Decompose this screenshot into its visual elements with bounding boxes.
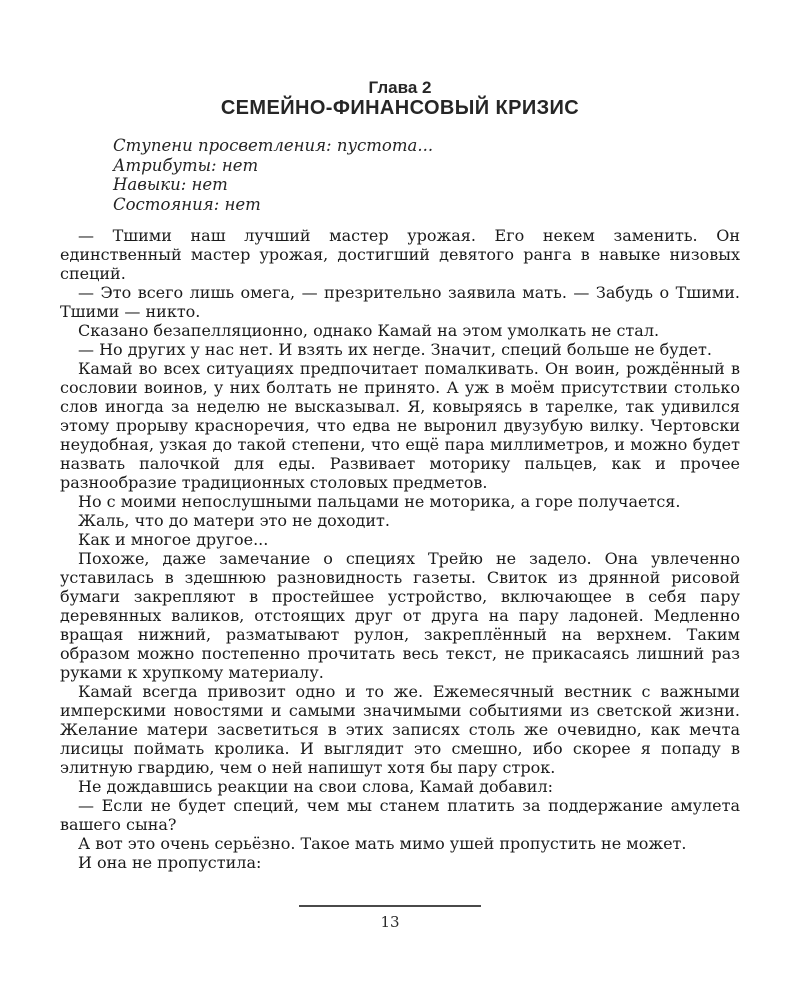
paragraph: — Если не будет специй, чем мы станем пл… [60, 796, 740, 834]
paragraph: Не дождавшись реакции на свои слова, Кам… [60, 777, 740, 796]
page-footer: 13 [0, 905, 780, 931]
paragraph: — Но других у нас нет. И взять их негде.… [60, 340, 740, 359]
book-page: Глава 2 СЕМЕЙНО-ФИНАНСОВЫЙ КРИЗИС Ступен… [0, 0, 800, 1000]
body-text: — Тшими наш лучший мастер урожая. Его не… [60, 226, 740, 872]
status-line-attributes: Атрибуты: нет [113, 156, 433, 176]
status-line-enlightenment: Ступени просветления: пустота... [113, 136, 433, 156]
chapter-title: СЕМЕЙНО-ФИНАНСОВЫЙ КРИЗИС [0, 98, 800, 119]
paragraph: Похоже, даже замечание о специях Трейю н… [60, 549, 740, 682]
paragraph: — Это всего лишь омега, — презрительно з… [60, 283, 740, 321]
page-number: 13 [0, 913, 780, 931]
paragraph: Камай всегда привозит одно и то же. Ежем… [60, 682, 740, 777]
status-line-skills: Навыки: нет [113, 175, 433, 195]
footer-rule [299, 905, 481, 907]
status-block: Ступени просветления: пустота... Атрибут… [113, 136, 433, 214]
paragraph: А вот это очень серьёзно. Такое мать мим… [60, 834, 740, 853]
chapter-number: Глава 2 [0, 78, 800, 97]
paragraph: Камай во всех ситуациях предпочитает пом… [60, 359, 740, 492]
paragraph: Но с моими непослушными пальцами не мото… [60, 492, 740, 511]
paragraph: Жаль, что до матери это не доходит. [60, 511, 740, 530]
status-line-states: Состояния: нет [113, 195, 433, 215]
paragraph: И она не пропустила: [60, 853, 740, 872]
paragraph: — Тшими наш лучший мастер урожая. Его не… [60, 226, 740, 283]
paragraph: Как и многое другое... [60, 530, 740, 549]
paragraph: Сказано безапелляционно, однако Камай на… [60, 321, 740, 340]
chapter-heading: Глава 2 СЕМЕЙНО-ФИНАНСОВЫЙ КРИЗИС [0, 78, 800, 119]
